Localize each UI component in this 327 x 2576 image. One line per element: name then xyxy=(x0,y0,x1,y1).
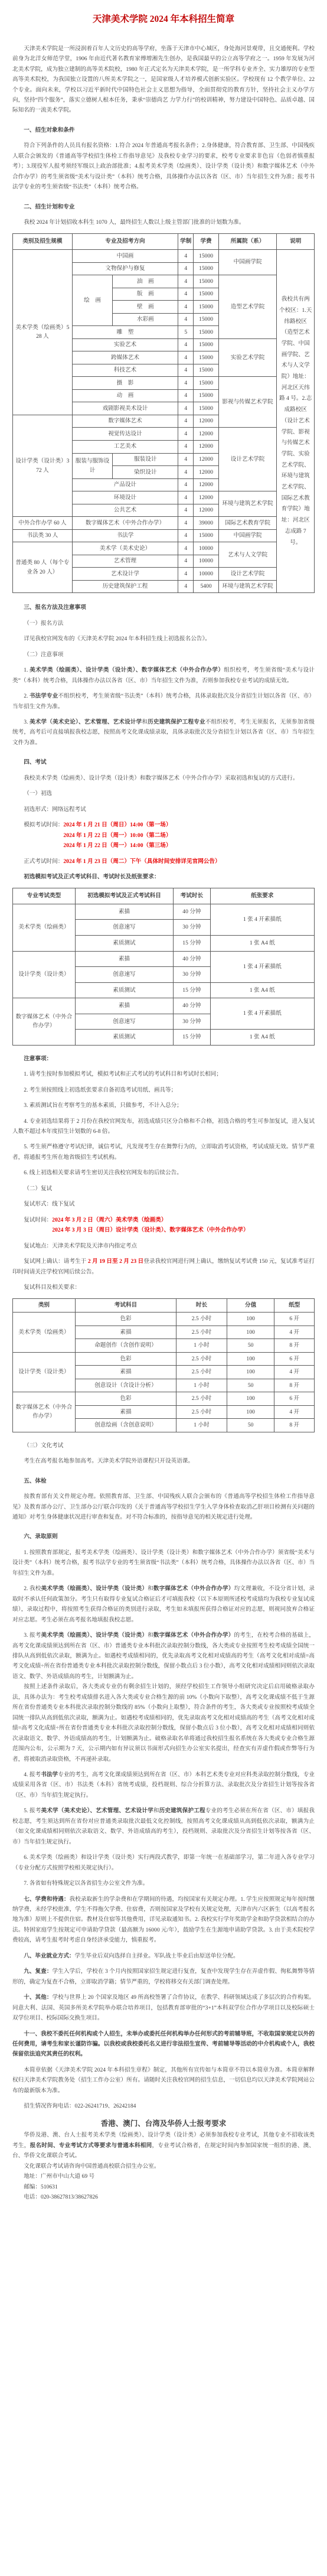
score-cell: 100 xyxy=(227,1352,274,1366)
years-cell: 4 xyxy=(178,313,194,326)
paper-cell: 1 张 4 开素描纸 xyxy=(210,904,314,935)
submajor-cell: 水彩画 xyxy=(113,313,178,326)
mock-exam-time-line2: 2024 年 1 月 22 日（周一）10:00（第二场） xyxy=(12,831,315,841)
fee-cell: 15000 xyxy=(194,275,218,288)
fee-cell: 15000 xyxy=(194,313,218,326)
section3-sub2: （二）注意事项 xyxy=(12,650,315,660)
years-cell: 4 xyxy=(178,428,194,441)
preselection-exam-table: 专业考试类型 初选模拟考试及正式考试科目 考试时长 纸张要求 美术学类（绘画类）… xyxy=(12,888,315,1045)
table-header-row: 专业考试类型 初选模拟考试及正式考试科目 考试时长 纸张要求 xyxy=(13,888,315,904)
text-segment: 和 xyxy=(142,719,148,725)
fee-cell: 5400 xyxy=(194,580,218,593)
hmt-zipcode-line: 邮编：510631 xyxy=(12,2182,315,2192)
hmt-heading: 香港、澳门、台湾及华侨人士报考要求 xyxy=(12,2117,315,2131)
notes-heading: 注意事项： xyxy=(12,1054,315,1064)
years-cell: 4 xyxy=(178,478,194,491)
note-item: 6. 线上初选相关要求请考生密切关注我校官网发布的后续公告。 xyxy=(12,1168,315,1178)
subject-cell: 素描 xyxy=(75,1326,176,1339)
duration-cell: 40 分钟 xyxy=(174,951,210,967)
table-row: 设计学类（设计类） 色彩 2.5 小时 100 6 开 xyxy=(13,1352,315,1366)
retest-label: 复试时间： xyxy=(24,1217,52,1223)
major-cell: 环境设计 xyxy=(72,491,178,504)
years-cell: 4 xyxy=(178,529,194,542)
mock-time-2: 2024 年 1 月 22 日（周一）10:00（第二场） xyxy=(63,832,171,839)
years-cell: 4 xyxy=(178,301,194,314)
years-cell: 4 xyxy=(178,504,194,517)
paper-cell: 1 张 4 开素描纸 xyxy=(210,998,314,1030)
admission-rule-item: 3. 报考美术学类（绘画类）、设计学类（设计类）和数字媒体艺术（中外合作办学）的… xyxy=(12,1630,315,1682)
dept-cell: 环境与建筑艺术学院 xyxy=(218,491,277,517)
section4-sub2: （二）复试 xyxy=(12,1184,315,1194)
group-cell: 美术学类（绘画类） xyxy=(13,1312,76,1352)
fee-cell: 10000 xyxy=(194,542,218,555)
header-cell: 专业及招考方向 xyxy=(72,234,178,250)
fee-cell: 12000 xyxy=(194,504,218,517)
header-cell: 时长 xyxy=(176,1299,227,1313)
paper-type-cell: 4 开 xyxy=(274,1405,315,1419)
table-row: 中外合作办学 60 人 数字媒体艺术（中外合作办学） 4 39000 国际艺术教… xyxy=(13,517,315,530)
fee-cell: 15000 xyxy=(194,351,218,364)
retest-format: 复试形式：线下复试 xyxy=(12,1199,315,1209)
duration-cell: 2.5 小时 xyxy=(176,1312,227,1326)
note-item: 4. 专业初选结果将于 2 月份在我校官网发布，初选成绩只区分合格和不合格，初选… xyxy=(12,1116,315,1137)
years-cell: 4 xyxy=(178,262,194,275)
campus-note-cell: 我校共有两个校区：1.天纬路校区（造型艺术学院、中国画学院、艺术与人文学院）地址… xyxy=(277,250,315,593)
formal-label: 正式考试时间： xyxy=(24,858,63,865)
enrollment-plan-table: 类别及招生规模 专业及招考方向 学制 学费 所属院（系） 说明 美术学类（绘画类… xyxy=(12,233,315,593)
bold-segment: 美术学（美术史论）、艺术管理、艺术设计学 xyxy=(30,719,142,725)
retest-place: 复试地点：天津美术学院及天津市内指定考点 xyxy=(12,1241,315,1251)
mock-label: 模拟考试时间： xyxy=(24,822,63,828)
retest-subjects-table: 类别 考试科目 时长 分值 纸型 美术学类（绘画类） 色彩 2.5 小时 100… xyxy=(12,1298,315,1432)
major-cell: 跨媒体艺术 xyxy=(72,351,178,364)
section2-paragraph: 我校 2024 年计划招收本科生 1070 人，最终招生人数以上级主管部门批准的… xyxy=(12,217,315,227)
submajor-cell: 壁 画 xyxy=(113,301,178,314)
text-segment: 学校与世界上 20 个国家及地区 49 所高校签署了合作协议，在教学、科研领域达… xyxy=(12,1994,315,2021)
score-cell: 100 xyxy=(227,1366,274,1379)
years-cell: 4 xyxy=(178,542,194,555)
duration-cell: 15 分钟 xyxy=(174,1030,210,1046)
bold-segment: 报名时间、专业考试方式等要求与普通本科相同 xyxy=(30,2142,152,2149)
duration-cell: 40 分钟 xyxy=(174,998,210,1014)
major-cell: 产品设计 xyxy=(72,478,178,491)
fee-cell: 12000 xyxy=(194,466,218,479)
subject-cell: 创意速写 xyxy=(75,920,173,936)
section4-sub3: （三）文化考试 xyxy=(12,1441,315,1451)
duration-cell: 1 小时 xyxy=(176,1419,227,1432)
bold-segment: 美术学（美术史论）、艺术管理、艺术设计学 xyxy=(41,1808,153,1814)
group-cell: 普通类 80 人（每个专业各 20 人） xyxy=(13,542,73,593)
note-item: 3. 美术学（美术史论）、艺术管理、艺术设计学和历史建筑保护工程专业不组织校考，… xyxy=(12,717,315,748)
major-group-cell: 服装与服饰设计 xyxy=(72,453,113,478)
admission-rule-item: 5. 报考美术学（美术史论）、艺术管理、艺术设计学和历史建筑保护工程专业的考生必… xyxy=(12,1806,315,1847)
subject-cell: 素描 xyxy=(75,904,173,920)
duration-cell: 30 分钟 xyxy=(174,920,210,936)
paper-type-cell: 6 开 xyxy=(274,1312,315,1326)
paper-type-cell: 6 开 xyxy=(274,1352,315,1366)
admission-rule-continuation: 按照上述条件录取后，各大类或专业仍有剩余招生计划的，须经学校招生工作领导小组研究… xyxy=(12,1682,315,1764)
text-segment: 5. 报考 xyxy=(24,1808,41,1814)
dept-cell: 中国画学院 xyxy=(218,250,277,275)
phone-line: 招生情况咨询电话：022-26241719、26242184 xyxy=(12,2101,315,2111)
table-row: 数字媒体艺术（中外合作办学） 素描 40 分钟 1 张 4 开素描纸 xyxy=(13,998,315,1014)
text-segment: 2. 我校 xyxy=(24,1585,41,1592)
years-cell: 4 xyxy=(178,568,194,581)
paper-cell: 1 张 4 开素描纸 xyxy=(210,951,314,982)
note-item: 1. 美术学类（绘画类）、设计学类（设计类）、数字媒体艺术（中外合作办学）组织校… xyxy=(12,665,315,686)
group-cell: 美术学类（绘画类） xyxy=(13,904,76,951)
admission-rule-item: 6. 美术学类（绘画类）和设计学类（设计类）实行两段式教学，即第一年统一在基础部… xyxy=(12,1852,315,1873)
text-segment: 和 xyxy=(148,1632,153,1639)
header-cell: 纸型 xyxy=(274,1299,315,1313)
major-cell: 动 画 xyxy=(72,389,178,402)
note-item: 3. 素质测试旨在考察考生的基本素质，只做参考，不计入总分； xyxy=(12,1100,315,1110)
bold-segment: 数字媒体艺术（中外合作办学） xyxy=(153,1585,234,1592)
section9-paragraph: 九、复查：学生入学后，学校在 3 个月内按照国家招生规定进行复查，复查中发现学生… xyxy=(12,1966,315,1987)
text-segment: 不组织校考，考生须省级“书法类”（本科）统考合格，具体录取批次及分省招生计划以各… xyxy=(12,693,315,709)
fee-cell: 12000 xyxy=(194,478,218,491)
paper-cell: 1 张 A4 纸 xyxy=(210,982,314,998)
duration-cell: 1 小时 xyxy=(176,1379,227,1392)
section2-heading: 二、招生计划和专业 xyxy=(12,202,315,212)
years-cell: 5 xyxy=(178,326,194,339)
bold-segment: 数字媒体艺术（中外合作办学） xyxy=(153,1632,234,1639)
culture-exam-paragraph: 考生在高考报名地参加高考。天津美术学院外语课程只开设英语课。 xyxy=(12,1456,315,1466)
years-cell: 4 xyxy=(178,351,194,364)
table3-caption: 复试科目及相关要求： xyxy=(12,1282,315,1292)
major-cell: 科技艺术 xyxy=(72,364,178,377)
fee-cell: 10000 xyxy=(194,555,218,568)
years-cell: 4 xyxy=(178,466,194,479)
header-cell: 所属院（系） xyxy=(218,234,277,250)
header-cell: 分值 xyxy=(227,1299,274,1313)
dept-cell: 实验艺术学院 xyxy=(218,338,277,377)
fee-cell: 15000 xyxy=(194,377,218,390)
major-cell: 艺术管理 xyxy=(72,555,178,568)
admission-rule-item: 4. 报考书法学专业的考生，高考文化课成绩须达到所在省（区、市）本科艺术类专业对… xyxy=(12,1770,315,1800)
table-row: 数字媒体艺术（中外合作办学） 色彩 2.5 小时 100 6 开 xyxy=(13,1392,315,1406)
fee-cell: 15000 xyxy=(194,364,218,377)
major-cell: 艺术设计学 xyxy=(72,568,178,581)
section4-sub1: （一）初选 xyxy=(12,789,315,799)
retest-time-line2: 2024 年 3 月 3 日（周日）设计学类（设计类）、数字媒体艺术（中外合作办… xyxy=(12,1225,315,1235)
hmt-paragraph: 华侨及港、澳、台人士报考美术学类（绘画类）、设计学类（设计类）必须参加我校专业考… xyxy=(12,2130,315,2161)
text-segment: 3. xyxy=(24,719,30,725)
major-cell: 数字媒体艺术 xyxy=(72,415,178,428)
table-row: 书法类 30 人 书法学 4 15000 中国画学院 xyxy=(13,529,315,542)
major-cell: 雕 塑 xyxy=(72,326,178,339)
fee-cell: 15000 xyxy=(194,326,218,339)
hmt-contact-line: 文化课联合考试请咨询中国普通高校联合招生办公室。 xyxy=(12,2161,315,2171)
retest-time-1: 2024 年 3 月 2 日（周六）美术学类（绘画类） xyxy=(52,1217,166,1223)
mock-time-3: 2024 年 1 月 22 日（周一）14:00（第三场） xyxy=(63,842,171,849)
subject-cell: 色彩 xyxy=(75,1312,176,1326)
red-segment: 2 月 19 日至 2 月 23 日 xyxy=(88,1258,143,1265)
section4-heading: 四、考试 xyxy=(12,757,315,767)
submajor-cell: 油 画 xyxy=(113,275,178,288)
bold-segment: 书法学专业 xyxy=(30,693,58,699)
section6-heading: 六、录取原则 xyxy=(12,1532,315,1542)
paper-type-cell: 4 开 xyxy=(274,1366,315,1379)
section8-heading: 八、毕业就业方式： xyxy=(24,1953,74,1959)
dept-cell: 设计艺术学院 xyxy=(218,428,277,491)
section5-paragraph: 按教育部有关文件规定办理。依照教育部、卫生部、中国残疾人联合会颁布的《普通高等学… xyxy=(12,1491,315,1522)
table-row: 美术学类（绘画类） 色彩 2.5 小时 100 6 开 xyxy=(13,1312,315,1326)
years-cell: 4 xyxy=(178,364,194,377)
years-cell: 4 xyxy=(178,288,194,301)
major-cell: 历史建筑保护工程 xyxy=(72,580,178,593)
fee-cell: 15000 xyxy=(194,288,218,301)
header-cell: 初选模拟考试及正式考试科目 xyxy=(75,888,173,904)
section10-paragraph: 十、其他：学校与世界上 20 个国家及地区 49 所高校签署了合作协议，在教学、… xyxy=(12,1992,315,2023)
major-cell: 美术学（美术史论） xyxy=(72,542,178,555)
text-segment: 和 xyxy=(148,1585,153,1592)
duration-cell: 2.5 小时 xyxy=(176,1352,227,1366)
duration-cell: 1 小时 xyxy=(176,1339,227,1353)
subject-cell: 素质测试 xyxy=(75,982,173,998)
header-cell: 考试时长 xyxy=(174,888,210,904)
table-header-row: 类别 考试科目 时长 分值 纸型 xyxy=(13,1299,315,1313)
table-row: 美术学类（绘画类）528 人 中国画 4 15000 中国画学院 我校共有两个校… xyxy=(13,250,315,263)
text-segment: 专业的考生，高考文化课成绩须达到所在省（区、市）本科艺术类专业对应科类录取控制分… xyxy=(12,1771,315,1799)
major-cell: 实验艺术 xyxy=(72,338,178,351)
header-cell: 类别及招生规模 xyxy=(13,234,73,250)
fee-cell: 12000 xyxy=(194,453,218,466)
years-cell: 4 xyxy=(178,402,194,415)
section3-paragraph: 详见我校官网发布的《天津美术学院 2024 年本科招生线上初选报名公告》。 xyxy=(12,634,315,644)
years-cell: 4 xyxy=(178,491,194,504)
header-cell: 纸张要求 xyxy=(210,888,314,904)
section8-paragraph: 八、毕业就业方式：学生毕业后双向选择自主择业。军队战士毕业后由原送单位分配。 xyxy=(12,1951,315,1961)
retest-time-line1: 复试时间：2024 年 3 月 2 日（周六）美术学类（绘画类） xyxy=(12,1215,315,1225)
header-cell: 考试科目 xyxy=(75,1299,176,1313)
section1-paragraph: 符合下列条件的人员具有报名资格：1.符合 2024 年普通高考报名条件；2.身体… xyxy=(12,141,315,192)
group-cell: 设计学类（设计类） xyxy=(13,951,76,998)
header-cell: 学费 xyxy=(194,234,218,250)
group-cell: 美术学类（绘画类）528 人 xyxy=(13,250,73,415)
subject-cell: 色彩 xyxy=(75,1352,176,1366)
years-cell: 4 xyxy=(178,440,194,453)
text-segment: 4. 报考 xyxy=(24,1771,41,1778)
text-segment: 1. xyxy=(24,667,30,673)
subject-cell: 创意速写 xyxy=(75,1014,173,1030)
duration-cell: 30 分钟 xyxy=(174,1014,210,1030)
closing-paragraph: 本简章依据《天津美术学院 2024 年本科招生章程》制定，其他所有宣传如与本简章… xyxy=(12,2065,315,2096)
table-row: 美术学类（绘画类） 素描 40 分钟 1 张 4 开素描纸 xyxy=(13,904,315,920)
submajor-cell: 染织设计 xyxy=(113,466,178,479)
major-cell: 公共艺术 xyxy=(72,504,178,517)
note-item: 2. 考生须按照线上初选纸张要求自备初选考试用纸、画具等； xyxy=(12,1085,315,1095)
paper-cell: 1 张 A4 纸 xyxy=(210,936,314,952)
major-cell: 文物保护与修复 xyxy=(72,262,178,275)
score-cell: 100 xyxy=(227,1312,274,1326)
subject-cell: 命题创作（含创作说明） xyxy=(75,1339,176,1353)
group-cell: 数字媒体艺术（中外合作办学） xyxy=(13,998,76,1046)
mock-time-1: 2024 年 1 月 21 日（周日）14:00（第一场） xyxy=(63,822,171,828)
bold-segment: 历史建筑保护工程专业 xyxy=(148,719,205,725)
note-item: 1. 请考生按时参加模拟考试，模拟考试和正式考试的考试科目和考试时长相同； xyxy=(12,1069,315,1079)
duration-cell: 2.5 小时 xyxy=(176,1326,227,1339)
section1-heading: 一、招生对象和条件 xyxy=(12,125,315,135)
bold-segment: 美术学类（绘画类）、设计学类（设计类）、数字媒体艺术（中外合作办学） xyxy=(30,667,224,673)
paper-cell: 1 张 A4 纸 xyxy=(210,1030,314,1046)
admissions-document: 天津美术学院 2024 年本科招生简章 天津美术学院是一所浸润着百年人文历史的高… xyxy=(0,0,327,2291)
dept-cell: 造型艺术学院 xyxy=(218,275,277,339)
submajor-cell: 服装设计 xyxy=(113,453,178,466)
dept-cell: 影视与传媒艺术学院 xyxy=(218,377,277,428)
subject-cell: 创意设计（含设计分析） xyxy=(75,1379,176,1392)
years-cell: 4 xyxy=(178,415,194,428)
fee-cell: 12000 xyxy=(194,428,218,441)
duration-cell: 40 分钟 xyxy=(174,904,210,920)
paper-type-cell: 8 开 xyxy=(274,1419,315,1432)
major-group-cell: 绘 画 xyxy=(72,275,113,326)
formal-exam-time: 正式考试时间：2024 年 1 月 23 日（周二）下午（具体时间安排详见官网公… xyxy=(12,857,315,867)
note-item: 2. 书法学专业不组织校考，考生须省级“书法类”（本科）统考合格，具体录取批次及… xyxy=(12,691,315,712)
subject-cell: 素描 xyxy=(75,998,173,1014)
admission-rule-item: 1. 按照教育部规定，报考美术学类（绘画类）、设计学类（设计类）和数字媒体艺术（… xyxy=(12,1548,315,1578)
subject-cell: 素描 xyxy=(75,951,173,967)
admission-rule-item: 2. 我校美术学类（绘画类）、设计学类（设计类）和数字媒体艺术（中外合作办学）均… xyxy=(12,1584,315,1625)
hmt-address-line: 地址：广州市中山大道 69 号 xyxy=(12,2171,315,2181)
years-cell: 4 xyxy=(178,555,194,568)
fee-cell: 15000 xyxy=(194,402,218,415)
subject-cell: 素质测试 xyxy=(75,936,173,952)
section7-heading: 七、学费和待遇： xyxy=(24,1896,69,1903)
score-cell: 50 xyxy=(227,1339,274,1353)
text-segment: 3. 报考 xyxy=(24,1632,41,1639)
score-cell: 100 xyxy=(227,1326,274,1339)
bold-segment: 美术学类（绘画类）、设计学类（设计类） xyxy=(41,1632,148,1639)
text-segment: 和 xyxy=(153,1808,159,1814)
note-item: 5. 考生须严格遵守考试纪律，诚信考试，凡发现考生存在舞弊行为的，立即取消考试资… xyxy=(12,1142,315,1162)
mock-exam-time-line1: 模拟考试时间：2024 年 1 月 21 日（周日）14:00（第一场） xyxy=(12,820,315,830)
major-cell: 视觉传达设计 xyxy=(72,428,178,441)
group-cell: 设计学类（设计类） xyxy=(13,1352,76,1392)
duration-cell: 15 分钟 xyxy=(174,936,210,952)
page-title: 天津美术学院 2024 年本科招生简章 xyxy=(12,13,315,26)
score-cell: 50 xyxy=(227,1419,274,1432)
section4-paragraph: 我校美术学类（绘画类）、设计学类（设计类）和数字媒体艺术（中外合作办学）采取初选… xyxy=(12,773,315,783)
fee-cell: 10000 xyxy=(194,568,218,581)
bold-segment: 书法学 xyxy=(41,1771,58,1778)
fee-cell: 39000 xyxy=(194,517,218,530)
subject-cell: 创意速写 xyxy=(75,967,173,983)
years-cell: 4 xyxy=(178,580,194,593)
paper-type-cell: 8 开 xyxy=(274,1339,315,1353)
group-cell: 中外合作办学 60 人 xyxy=(13,517,73,530)
years-cell: 4 xyxy=(178,453,194,466)
duration-cell: 2.5 小时 xyxy=(176,1392,227,1406)
table2-caption: 初选模拟考试及正式考试科目、考试时长及纸张要求： xyxy=(12,872,315,882)
subject-cell: 素质测试 xyxy=(75,1030,173,1046)
score-cell: 100 xyxy=(227,1392,274,1406)
subject-cell: 素描 xyxy=(75,1366,176,1379)
subject-cell: 创意绘画（含创意说明） xyxy=(75,1419,176,1432)
fee-cell: 12000 xyxy=(194,440,218,453)
section3-heading: 三、报名方法及注意事项 xyxy=(12,603,315,613)
fee-cell: 12000 xyxy=(194,415,218,428)
text-segment: 我校录取新生的学杂费和在学期间的待遇，均按国家有关规定办理。1. 学生应按照规定… xyxy=(12,1896,315,1944)
header-cell: 类别 xyxy=(13,1299,76,1313)
group-cell: 书法类 30 人 xyxy=(13,529,73,542)
years-cell: 4 xyxy=(178,275,194,288)
paper-type-cell: 6 开 xyxy=(274,1392,315,1406)
section7-paragraph: 七、学费和待遇：我校录取新生的学杂费和在学期间的待遇，均按国家有关规定办理。1.… xyxy=(12,1894,315,1946)
years-cell: 4 xyxy=(178,377,194,390)
header-cell: 说明 xyxy=(277,234,315,250)
paper-type-cell: 4 开 xyxy=(274,1326,315,1339)
hmt-phone-line: 电话：020-38627813/38627826 xyxy=(12,2192,315,2202)
bold-segment: 历史建筑保护工程 xyxy=(159,1808,205,1814)
subject-cell: 色彩 xyxy=(75,1392,176,1406)
dept-cell: 中国画学院 xyxy=(218,529,277,542)
hmt-section: 香港、澳门、台湾及华侨人士报考要求 华侨及港、澳、台人士报考美术学类（绘画类）、… xyxy=(12,2117,315,2203)
formal-time: 2024 年 1 月 23 日（周二）下午（具体时间安排详见官网公告） xyxy=(63,858,220,865)
fee-cell: 15000 xyxy=(194,262,218,275)
years-cell: 4 xyxy=(178,389,194,402)
years-cell: 4 xyxy=(178,338,194,351)
duration-cell: 2.5 小时 xyxy=(176,1366,227,1379)
text-segment: 2. xyxy=(24,693,30,699)
fee-cell: 15000 xyxy=(194,529,218,542)
years-cell: 4 xyxy=(178,517,194,530)
section11-paragraph: 十一、我校不委托任何机构或个人招生，未举办或委托任何机构举办任何形式的考前辅导班… xyxy=(12,2029,315,2060)
group-cell: 设计学类（设计类）372 人 xyxy=(13,415,73,516)
dept-cell: 环境与建筑艺术学院 xyxy=(218,580,277,593)
fee-cell: 15000 xyxy=(194,389,218,402)
submajor-cell: 版 画 xyxy=(113,288,178,301)
subject-cell: 素描 xyxy=(75,1405,176,1419)
major-cell: 工艺美术 xyxy=(72,440,178,453)
dept-cell: 国际艺术教育学院 xyxy=(218,517,277,530)
table-row: 普通类 80 人（每个专业各 20 人） 美术学（美术史论） 4 10000 艺… xyxy=(13,542,315,555)
major-cell: 书法学 xyxy=(72,529,178,542)
table-row: 设计学类（设计类） 素描 40 分钟 1 张 4 开素描纸 xyxy=(13,951,315,967)
major-cell: 摄 影 xyxy=(72,377,178,390)
section5-heading: 五、体检 xyxy=(12,1476,315,1486)
group-cell: 数字媒体艺术（中外合作办学） xyxy=(13,1392,76,1432)
paper-type-cell: 8 开 xyxy=(274,1379,315,1392)
header-cell: 学制 xyxy=(178,234,194,250)
text-segment: 学生毕业后双向选择自主择业。军队战士毕业后由原送单位分配。 xyxy=(75,1953,239,1959)
retest-time-2: 2024 年 3 月 3 日（周日）设计学类（设计类）、数字媒体艺术（中外合作办… xyxy=(52,1227,248,1233)
intro-paragraph: 天津美术学院是一所浸润着百年人文历史的高等学府，坐落于天津市中心城区，身处海河景… xyxy=(12,44,315,116)
text-segment: 复试网上确认：请考生于 xyxy=(24,1258,88,1265)
bold-segment: 美术学类（绘画类）、设计学类（设计类） xyxy=(41,1585,148,1592)
major-cell: 数字媒体艺术（中外合作办学） xyxy=(72,517,178,530)
table-header-row: 类别及招生规模 专业及招考方向 学制 学费 所属院（系） 说明 xyxy=(13,234,315,250)
header-cell: 专业考试类型 xyxy=(13,888,76,904)
duration-cell: 30 分钟 xyxy=(174,967,210,983)
text-segment: 学生入学后，学校在 3 个月内按照国家招生规定进行复查，复查中发现学生存在弄虚作… xyxy=(12,1968,315,1985)
fee-cell: 15000 xyxy=(194,338,218,351)
duration-cell: 2.5 小时 xyxy=(176,1405,227,1419)
duration-cell: 15 分钟 xyxy=(174,982,210,998)
fee-cell: 15000 xyxy=(194,250,218,263)
section3-sub1: （一）报名方法 xyxy=(12,618,315,628)
fee-cell: 15000 xyxy=(194,301,218,314)
admission-rule-item: 7. 各省如有特殊规定以各省招生办公室文件为准。 xyxy=(12,1878,315,1888)
score-cell: 100 xyxy=(227,1405,274,1419)
section10-heading: 十、其他： xyxy=(24,1994,52,2001)
retest-confirm: 复试网上确认：请考生于 2 月 19 日至 2 月 23 日登录我校官网进行网上… xyxy=(12,1256,315,1277)
mock-exam-time-line3: 2024 年 1 月 22 日（周一）14:00（第三场） xyxy=(12,841,315,851)
preselection-format: 初选形式：网络远程考试 xyxy=(12,805,315,815)
years-cell: 4 xyxy=(178,250,194,263)
major-cell: 中国画 xyxy=(72,250,178,263)
dept-cell: 设计艺术学院 xyxy=(218,568,277,581)
